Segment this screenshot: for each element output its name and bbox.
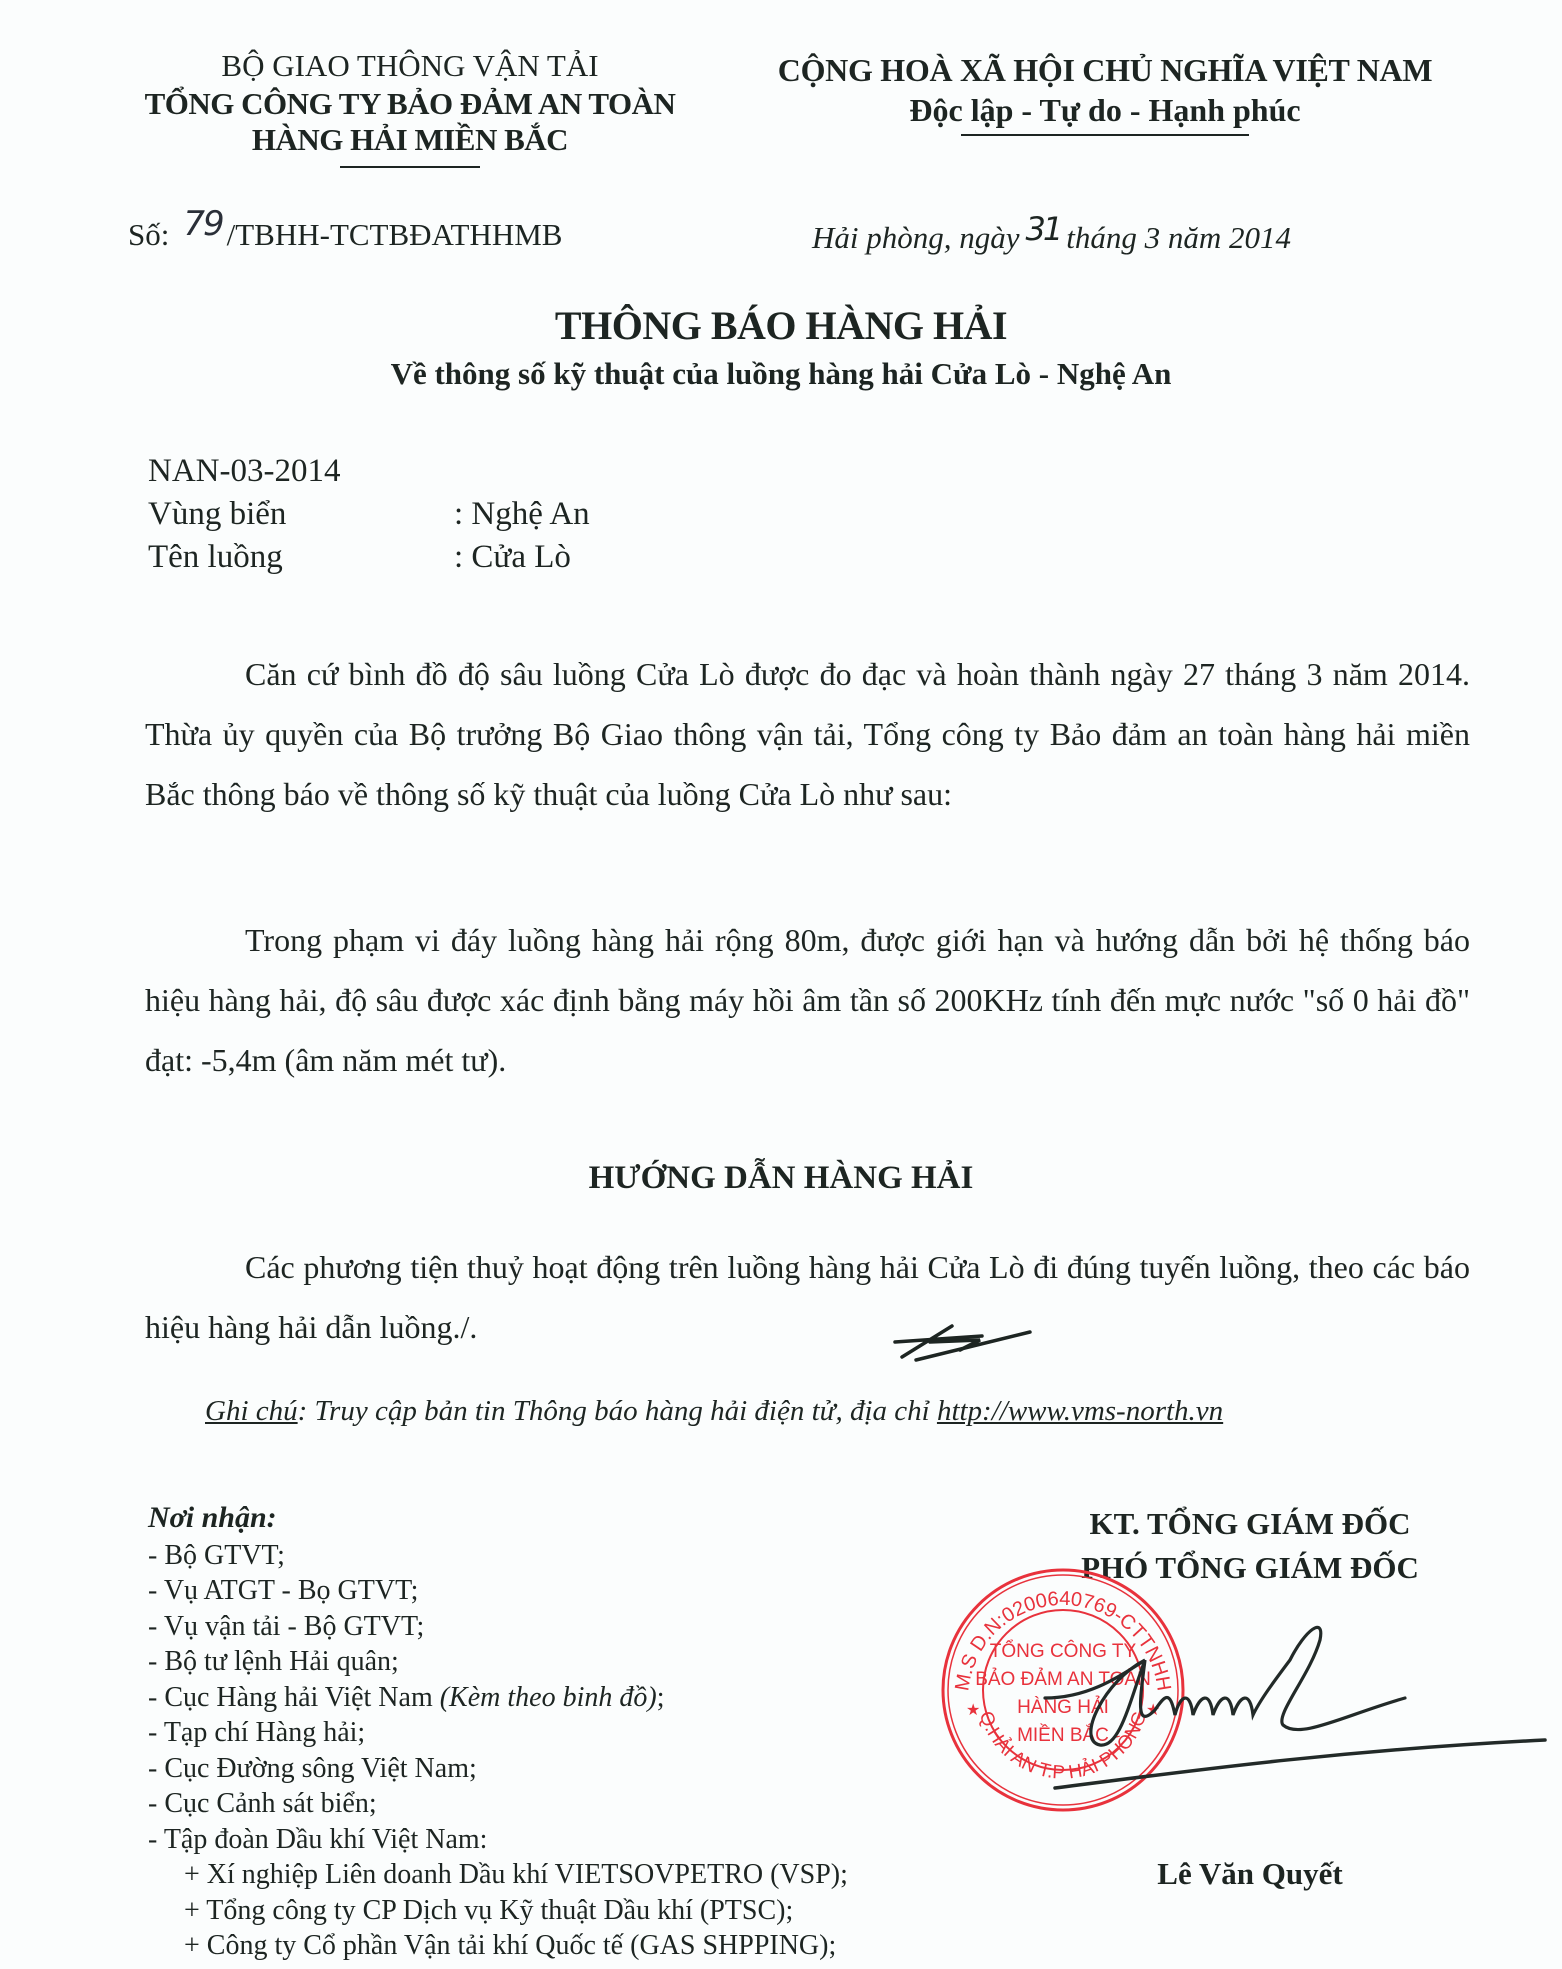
paragraph-text: Trong phạm vi đáy luồng hàng hải rộng 80…: [145, 922, 1470, 1078]
initials-mark: [890, 1320, 1040, 1370]
national-motto: Độc lập - Tự do - Hạnh phúc: [745, 90, 1465, 130]
meta-label: Tên luồng: [148, 536, 454, 579]
country-name: CỘNG HOÀ XÃ HỘI CHỦ NGHĨA VIỆT NAM: [745, 50, 1465, 90]
signer-name: Lê Văn Quyết: [1020, 1856, 1480, 1892]
svg-text:★: ★: [966, 1702, 980, 1719]
document-number: Số:79/TBHH-TCTBĐATHHMB: [128, 214, 562, 254]
recipients-list: Nơi nhận: - Bộ GTVT; - Vụ ATGT - Bọ GTVT…: [148, 1500, 848, 1964]
doc-number-suffix: /TBHH-TCTBĐATHHMB: [227, 217, 563, 252]
recipient-item: - Vụ ATGT - Bọ GTVT;: [148, 1573, 848, 1609]
body-paragraph-2: Trong phạm vi đáy luồng hàng hải rộng 80…: [145, 910, 1470, 1090]
header-left-divider: [340, 166, 480, 168]
document-date: Hải phòng, ngày31tháng 3 năm 2014: [812, 218, 1291, 256]
doc-number-handwritten: 79: [183, 204, 222, 244]
guidance-title: HƯỚNG DẪN HÀNG HẢI: [0, 1160, 1562, 1197]
document-title: THÔNG BÁO HÀNG HẢI: [0, 302, 1562, 349]
recipient-punct: ;: [657, 1682, 665, 1713]
body-paragraph-3: Các phương tiện thuỷ hoạt động trên luồn…: [145, 1237, 1470, 1357]
notice-code: NAN-03-2014: [148, 450, 590, 493]
doc-number-prefix: Số:: [128, 217, 169, 252]
note-text: : Truy cập bản tin Thông báo hàng hải đi…: [298, 1395, 937, 1427]
meta-value: : Cửa Lò: [454, 536, 571, 579]
note-link[interactable]: http://www.vms-north.vn: [937, 1395, 1223, 1427]
org-name-line1: TỔNG CÔNG TY BẢO ĐẢM AN TOÀN: [110, 86, 710, 122]
national-header: CỘNG HOÀ XÃ HỘI CHỦ NGHĨA VIỆT NAM Độc l…: [745, 50, 1465, 136]
recipient-item: - Vụ vận tải - Bộ GTVT;: [148, 1609, 848, 1645]
issuing-organization: BỘ GIAO THÔNG VẬN TẢI TỔNG CÔNG TY BẢO Đ…: [110, 46, 710, 168]
signature-title-1: KT. TỔNG GIÁM ĐỐC: [1020, 1502, 1480, 1546]
org-name-line2: HÀNG HẢI MIỀN BẮC: [110, 122, 710, 158]
recipient-note: (Kèm theo binh đồ): [440, 1682, 657, 1713]
recipient-item: - Tạp chí Hàng hải;: [148, 1715, 848, 1751]
recipient-item: - Tập đoàn Dầu khí Việt Nam:: [148, 1822, 848, 1858]
paragraph-text: Căn cứ bình đồ độ sâu luồng Cửa Lò được …: [145, 656, 1470, 812]
meta-label: Vùng biển: [148, 493, 454, 536]
recipient-text: - Cục Hàng hải Việt Nam: [148, 1682, 440, 1713]
recipient-sub-item: + Xí nghiệp Liên doanh Dầu khí VIETSOVPE…: [148, 1857, 848, 1893]
recipient-item: - Bộ GTVT;: [148, 1538, 848, 1574]
recipient-sub-item: + Tổng công ty CP Dịch vụ Kỹ thuật Dầu k…: [148, 1893, 848, 1929]
recipient-item: - Cục Cảnh sát biển;: [148, 1786, 848, 1822]
body-paragraph-1: Căn cứ bình đồ độ sâu luồng Cửa Lò được …: [145, 644, 1470, 824]
recipients-heading: Nơi nhận:: [148, 1500, 848, 1536]
recipient-item: - Cục Hàng hải Việt Nam (Kèm theo binh đ…: [148, 1680, 848, 1716]
recipient-sub-item: + Công ty Cổ phần Vận tải khí Quốc tế (G…: [148, 1928, 848, 1964]
date-day-handwritten: 31: [1026, 210, 1061, 248]
meta-value: : Nghệ An: [454, 493, 590, 536]
header-right-divider: [961, 134, 1249, 136]
note: Ghi chú: Truy cập bản tin Thông báo hàng…: [205, 1395, 1223, 1428]
document-subtitle: Về thông số kỹ thuật của luồng hàng hải …: [0, 356, 1562, 392]
meta-row-channel-name: Tên luồng : Cửa Lò: [148, 536, 590, 579]
note-label: Ghi chú: [205, 1395, 298, 1427]
handwritten-signature: [1045, 1620, 1562, 1790]
date-rest: tháng 3 năm 2014: [1066, 220, 1291, 255]
recipient-item: - Cục Đường sông Việt Nam;: [148, 1751, 848, 1787]
paragraph-text: Các phương tiện thuỷ hoạt động trên luồn…: [145, 1249, 1470, 1345]
notice-meta: NAN-03-2014 Vùng biển : Nghệ An Tên luồn…: [148, 450, 590, 579]
recipient-item: - Bộ tư lệnh Hải quân;: [148, 1644, 848, 1680]
date-place-prefix: Hải phòng, ngày: [812, 220, 1020, 255]
ministry-name: BỘ GIAO THÔNG VẬN TẢI: [110, 46, 710, 86]
meta-row-sea-area: Vùng biển : Nghệ An: [148, 493, 590, 536]
